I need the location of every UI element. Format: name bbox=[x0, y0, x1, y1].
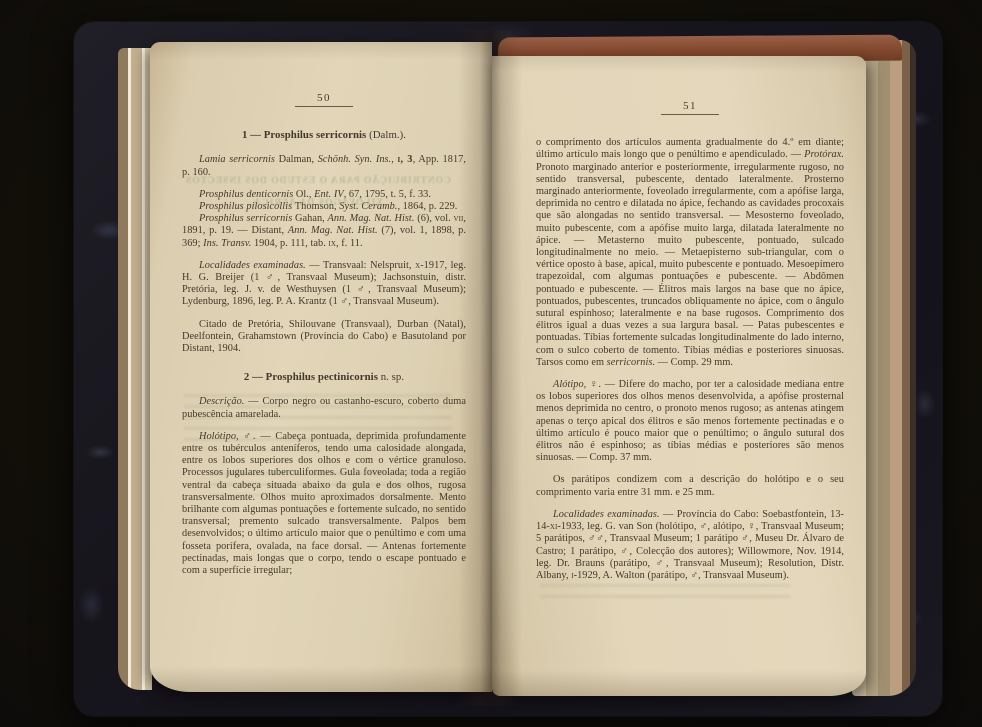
page-left: CONTRIBUIÇÃO PARA O ESTUDO DOS INSECTOS … bbox=[150, 42, 492, 692]
species-heading-2: 2 — Prosphilus pectinicornis n. sp. bbox=[182, 371, 466, 383]
alotipo-paragraph: Alótipo, ♀. — Difere do macho, por ter a… bbox=[536, 379, 844, 464]
page-number-left: 50 bbox=[295, 92, 353, 107]
paratipos-paragraph: Os parátipos condizem com a descrição do… bbox=[536, 474, 844, 498]
page-number-right: 51 bbox=[661, 100, 719, 115]
localidades-paragraph: Localidades examinadas. — Província do C… bbox=[536, 509, 844, 582]
species-heading-1: 1 — Prosphilus serricornis (Dalm.). bbox=[182, 129, 466, 141]
citation-serricornis: Prosphilus serricornis Gahan, Ann. Mag. … bbox=[182, 213, 466, 250]
citation-denticornis: Prosphilus denticornis Ol., Ent. IV, 67,… bbox=[182, 189, 466, 201]
photo-backdrop: CONTRIBUIÇÃO PARA O ESTUDO DOS INSECTOS … bbox=[0, 0, 982, 727]
citado-paragraph: Citado de Pretória, Shilouvane (Transvaa… bbox=[182, 319, 466, 356]
localidades-paragraph: Localidades examinadas. — Transvaal: Nel… bbox=[182, 260, 466, 309]
citation-lamia: Lamia serricornis Dalman, Schönh. Syn. I… bbox=[182, 154, 466, 178]
page-right-text: 51 o comprimento dos artículos aumenta g… bbox=[492, 56, 866, 696]
holotipo-paragraph: Holótipo, ♂. — Cabeça pontuada, deprimid… bbox=[182, 431, 466, 577]
continuation-paragraph: o comprimento dos artículos aumenta grad… bbox=[536, 137, 844, 369]
page-edges-left bbox=[118, 48, 152, 690]
descricao-paragraph: Descrição. — Corpo negro ou castanho-esc… bbox=[182, 396, 466, 420]
page-left-text: 50 1 — Prosphilus serricornis (Dalm.). L… bbox=[150, 42, 492, 692]
page-right: 51 o comprimento dos artículos aumenta g… bbox=[492, 56, 866, 696]
citation-pilosicollis: Prosphilus pilosicollis Thomson, Syst. C… bbox=[182, 201, 466, 213]
